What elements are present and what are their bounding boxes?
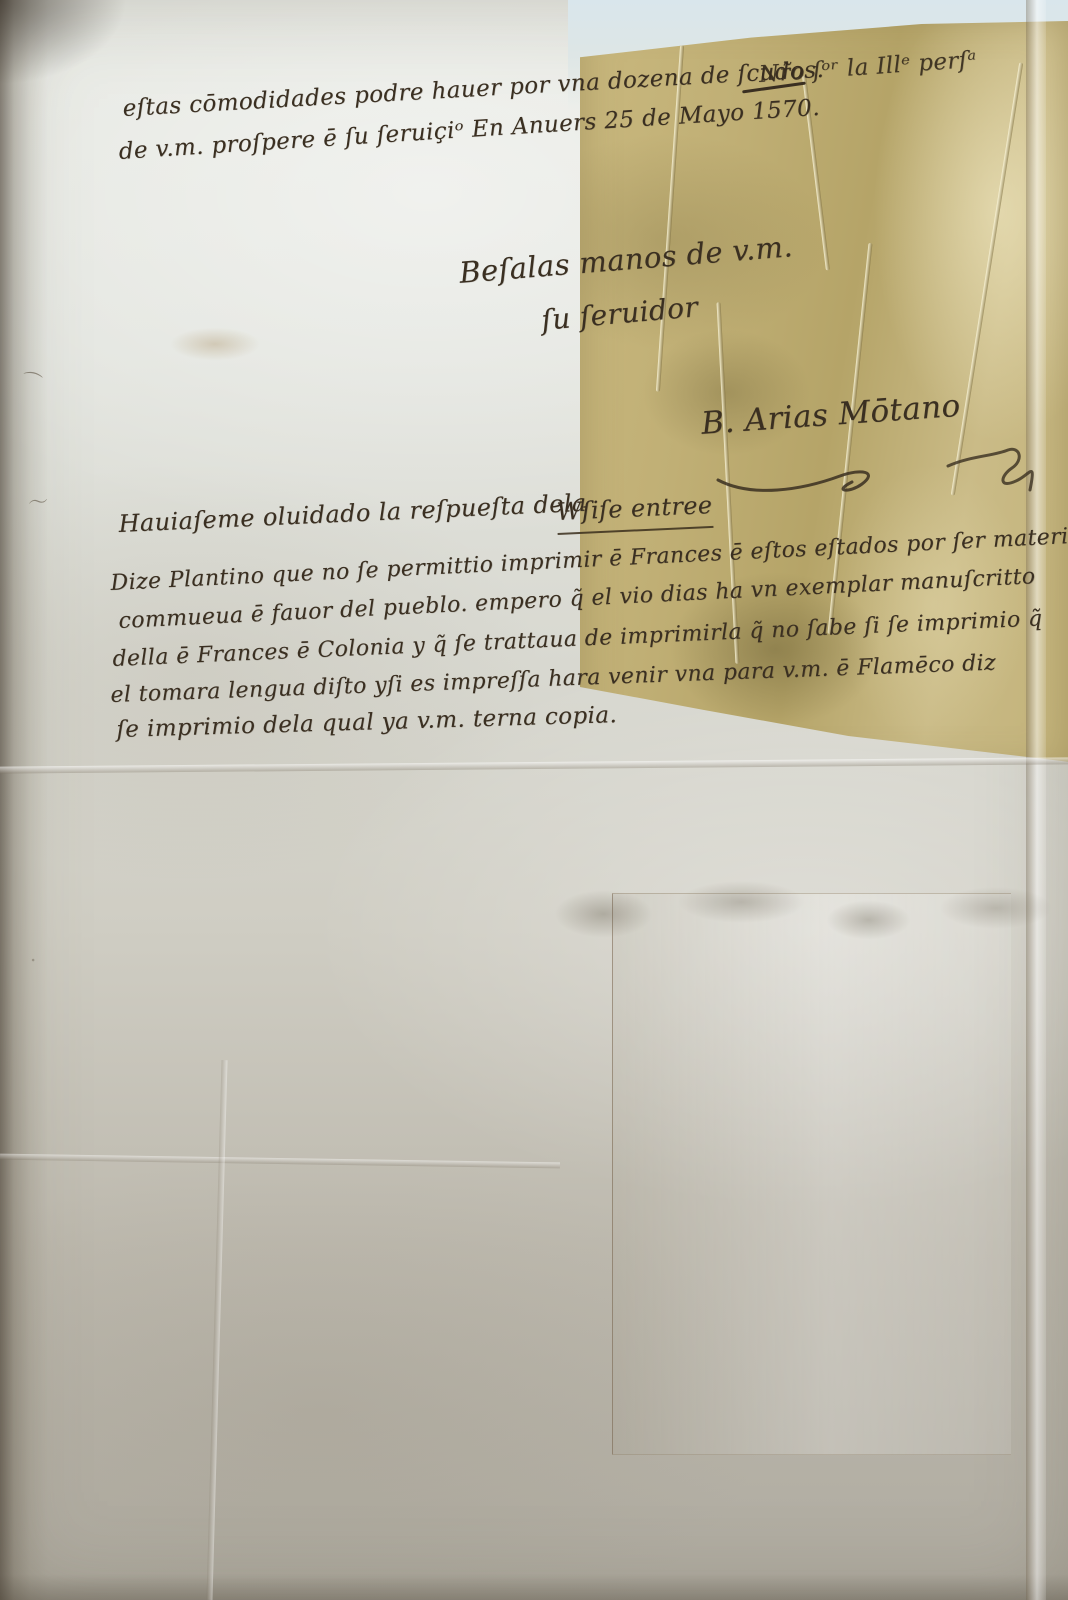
right-fold-crease <box>1026 0 1046 1600</box>
postscript-line: ſe imprimio dela qual ya v.m. terna copi… <box>116 702 618 743</box>
horizontal-crease <box>0 757 1068 773</box>
vertical-crease <box>206 1060 227 1600</box>
smudge-stains <box>540 872 1068 992</box>
postscript-intro: Hauiaſeme oluidado la reſpueſta dela <box>118 489 587 538</box>
margin-mark: 〜 <box>26 485 50 517</box>
page-left-edge-shadow <box>0 0 48 1600</box>
page-bottom-edge-shadow <box>0 1574 1068 1600</box>
manuscript-letter-photo: ⌒ 〜 · eſtas cōmodidades podre hauer por … <box>0 0 1068 1600</box>
signature-rubric-flourish <box>712 446 1042 510</box>
horizontal-crease <box>0 1154 560 1169</box>
patch-crease <box>951 63 1023 496</box>
patch-crease <box>656 45 684 392</box>
brown-stain <box>150 318 280 370</box>
postscript-underlined-title: Wſiſe entree <box>556 491 713 535</box>
